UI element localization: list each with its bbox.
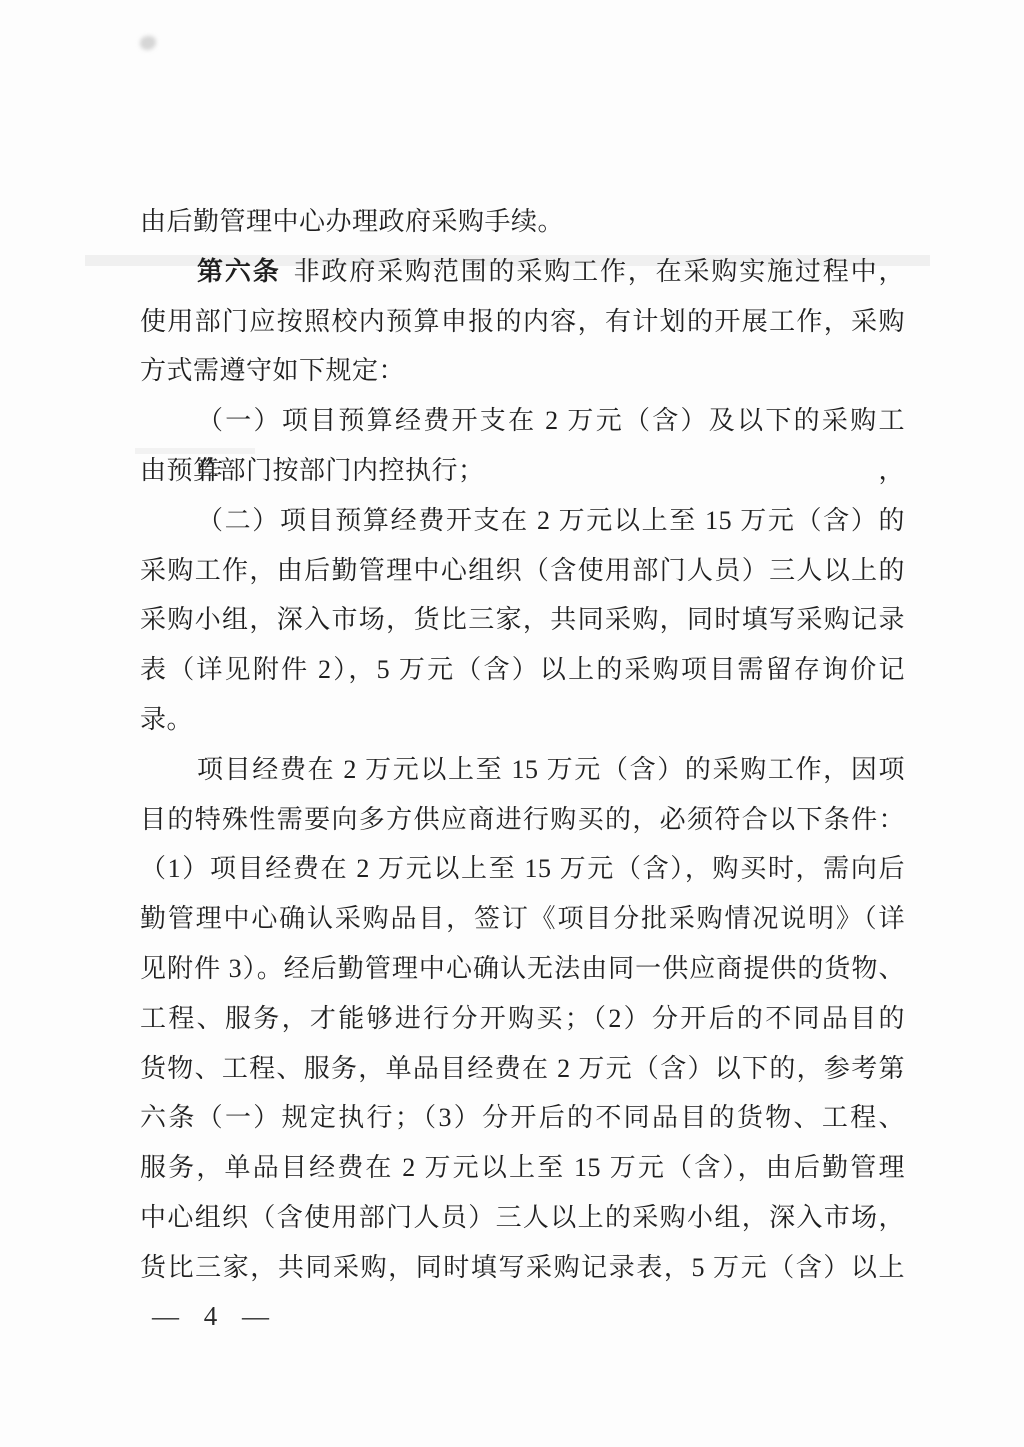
page-number: — 4 — — [152, 1294, 278, 1338]
article-heading-text: 非政府采购范围的采购工作，在采购实施过程中， — [294, 257, 905, 286]
text-line: 服务，单品目经费在 2 万元以上至 15 万元（含），由后勤管理 — [140, 1143, 905, 1193]
text-line: 录。 — [140, 695, 905, 745]
text-line: 六条（一）规定执行；（3）分开后的不同品目的货物、工程、 — [140, 1093, 905, 1143]
text-line: （1）项目经费在 2 万元以上至 15 万元（含），购买时，需向后 — [140, 844, 905, 894]
text-line: 方式需遵守如下规定： — [140, 346, 905, 396]
text-line: （二）项目预算经费开支在 2 万元以上至 15 万元（含）的 — [140, 496, 905, 546]
text-line: 由后勤管理中心办理政府采购手续。 — [140, 197, 905, 247]
text-line: 货比三家，共同采购，同时填写采购记录表，5 万元（含）以上 — [140, 1243, 905, 1293]
article-number-bold: 第六条 — [197, 257, 281, 286]
text-line: 采购工作，由后勤管理中心组织（含使用部门人员）三人以上的 — [140, 546, 905, 596]
text-line: 中心组织（含使用部门人员）三人以上的采购小组，深入市场， — [140, 1193, 905, 1243]
text-line: 项目经费在 2 万元以上至 15 万元（含）的采购工作，因项 — [140, 745, 905, 795]
scan-smudge-artifact — [140, 36, 156, 50]
text-line: 货物、工程、服务，单品目经费在 2 万元（含）以下的，参考第 — [140, 1044, 905, 1094]
text-line: 工程、服务，才能够进行分开购买；（2）分开后的不同品目的 — [140, 994, 905, 1044]
text-line-article-heading: 第六条非政府采购范围的采购工作，在采购实施过程中， — [140, 247, 905, 297]
document-page: 由后勤管理中心办理政府采购手续。 第六条非政府采购范围的采购工作，在采购实施过程… — [0, 0, 1024, 1447]
text-line: 表（详见附件 2），5 万元（含）以上的采购项目需留存询价记 — [140, 645, 905, 695]
text-line: 勤管理中心确认采购品目，签订《项目分批采购情况说明》（详 — [140, 894, 905, 944]
document-text-block: 由后勤管理中心办理政府采购手续。 第六条非政府采购范围的采购工作，在采购实施过程… — [140, 197, 905, 1293]
text-line: 使用部门应按照校内预算申报的内容，有计划的开展工作，采购 — [140, 297, 905, 347]
text-line: 见附件 3）。经后勤管理中心确认无法由同一供应商提供的货物、 — [140, 944, 905, 994]
text-line: 目的特殊性需要向多方供应商进行购买的，必须符合以下条件： — [140, 795, 905, 845]
text-line: （一）项目预算经费开支在 2 万元（含）及以下的采购工作， — [140, 396, 905, 446]
text-line: 采购小组，深入市场，货比三家，共同采购，同时填写采购记录 — [140, 595, 905, 645]
